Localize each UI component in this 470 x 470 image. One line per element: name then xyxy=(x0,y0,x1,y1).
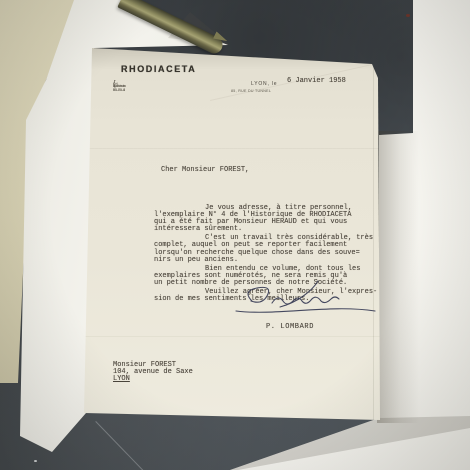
letter-date: 6 Janvier 1958 xyxy=(287,77,346,85)
photo-of-letter: RHODIACETA Tél. { Burdeau 85-61-4 Laland… xyxy=(0,0,470,470)
letter-shadow-on-sheet xyxy=(377,131,419,423)
paper-crease-top xyxy=(84,148,380,149)
recipient-address-block: Monsieur FOREST 104, avenue de Saxe LYON xyxy=(113,347,138,383)
paper-crease-bottom xyxy=(84,336,380,337)
recipient-city: LYON xyxy=(113,376,130,383)
tel-line: Lalande 51-70-8 xyxy=(113,84,125,93)
letterhead-street: 85, RUE DU TUNNEL xyxy=(231,89,271,93)
typed-signature-name: P. LOMBARD xyxy=(266,323,314,331)
letter-page: RHODIACETA Tél. { Burdeau 85-61-4 Laland… xyxy=(84,44,380,422)
letterhead-city: LYON, le xyxy=(251,81,277,87)
salutation: Cher Monsieur FOREST, xyxy=(161,166,249,174)
desk-red-speck xyxy=(406,14,410,17)
desk-speck xyxy=(34,460,37,462)
company-letterhead: RHODIACETA xyxy=(121,64,196,74)
